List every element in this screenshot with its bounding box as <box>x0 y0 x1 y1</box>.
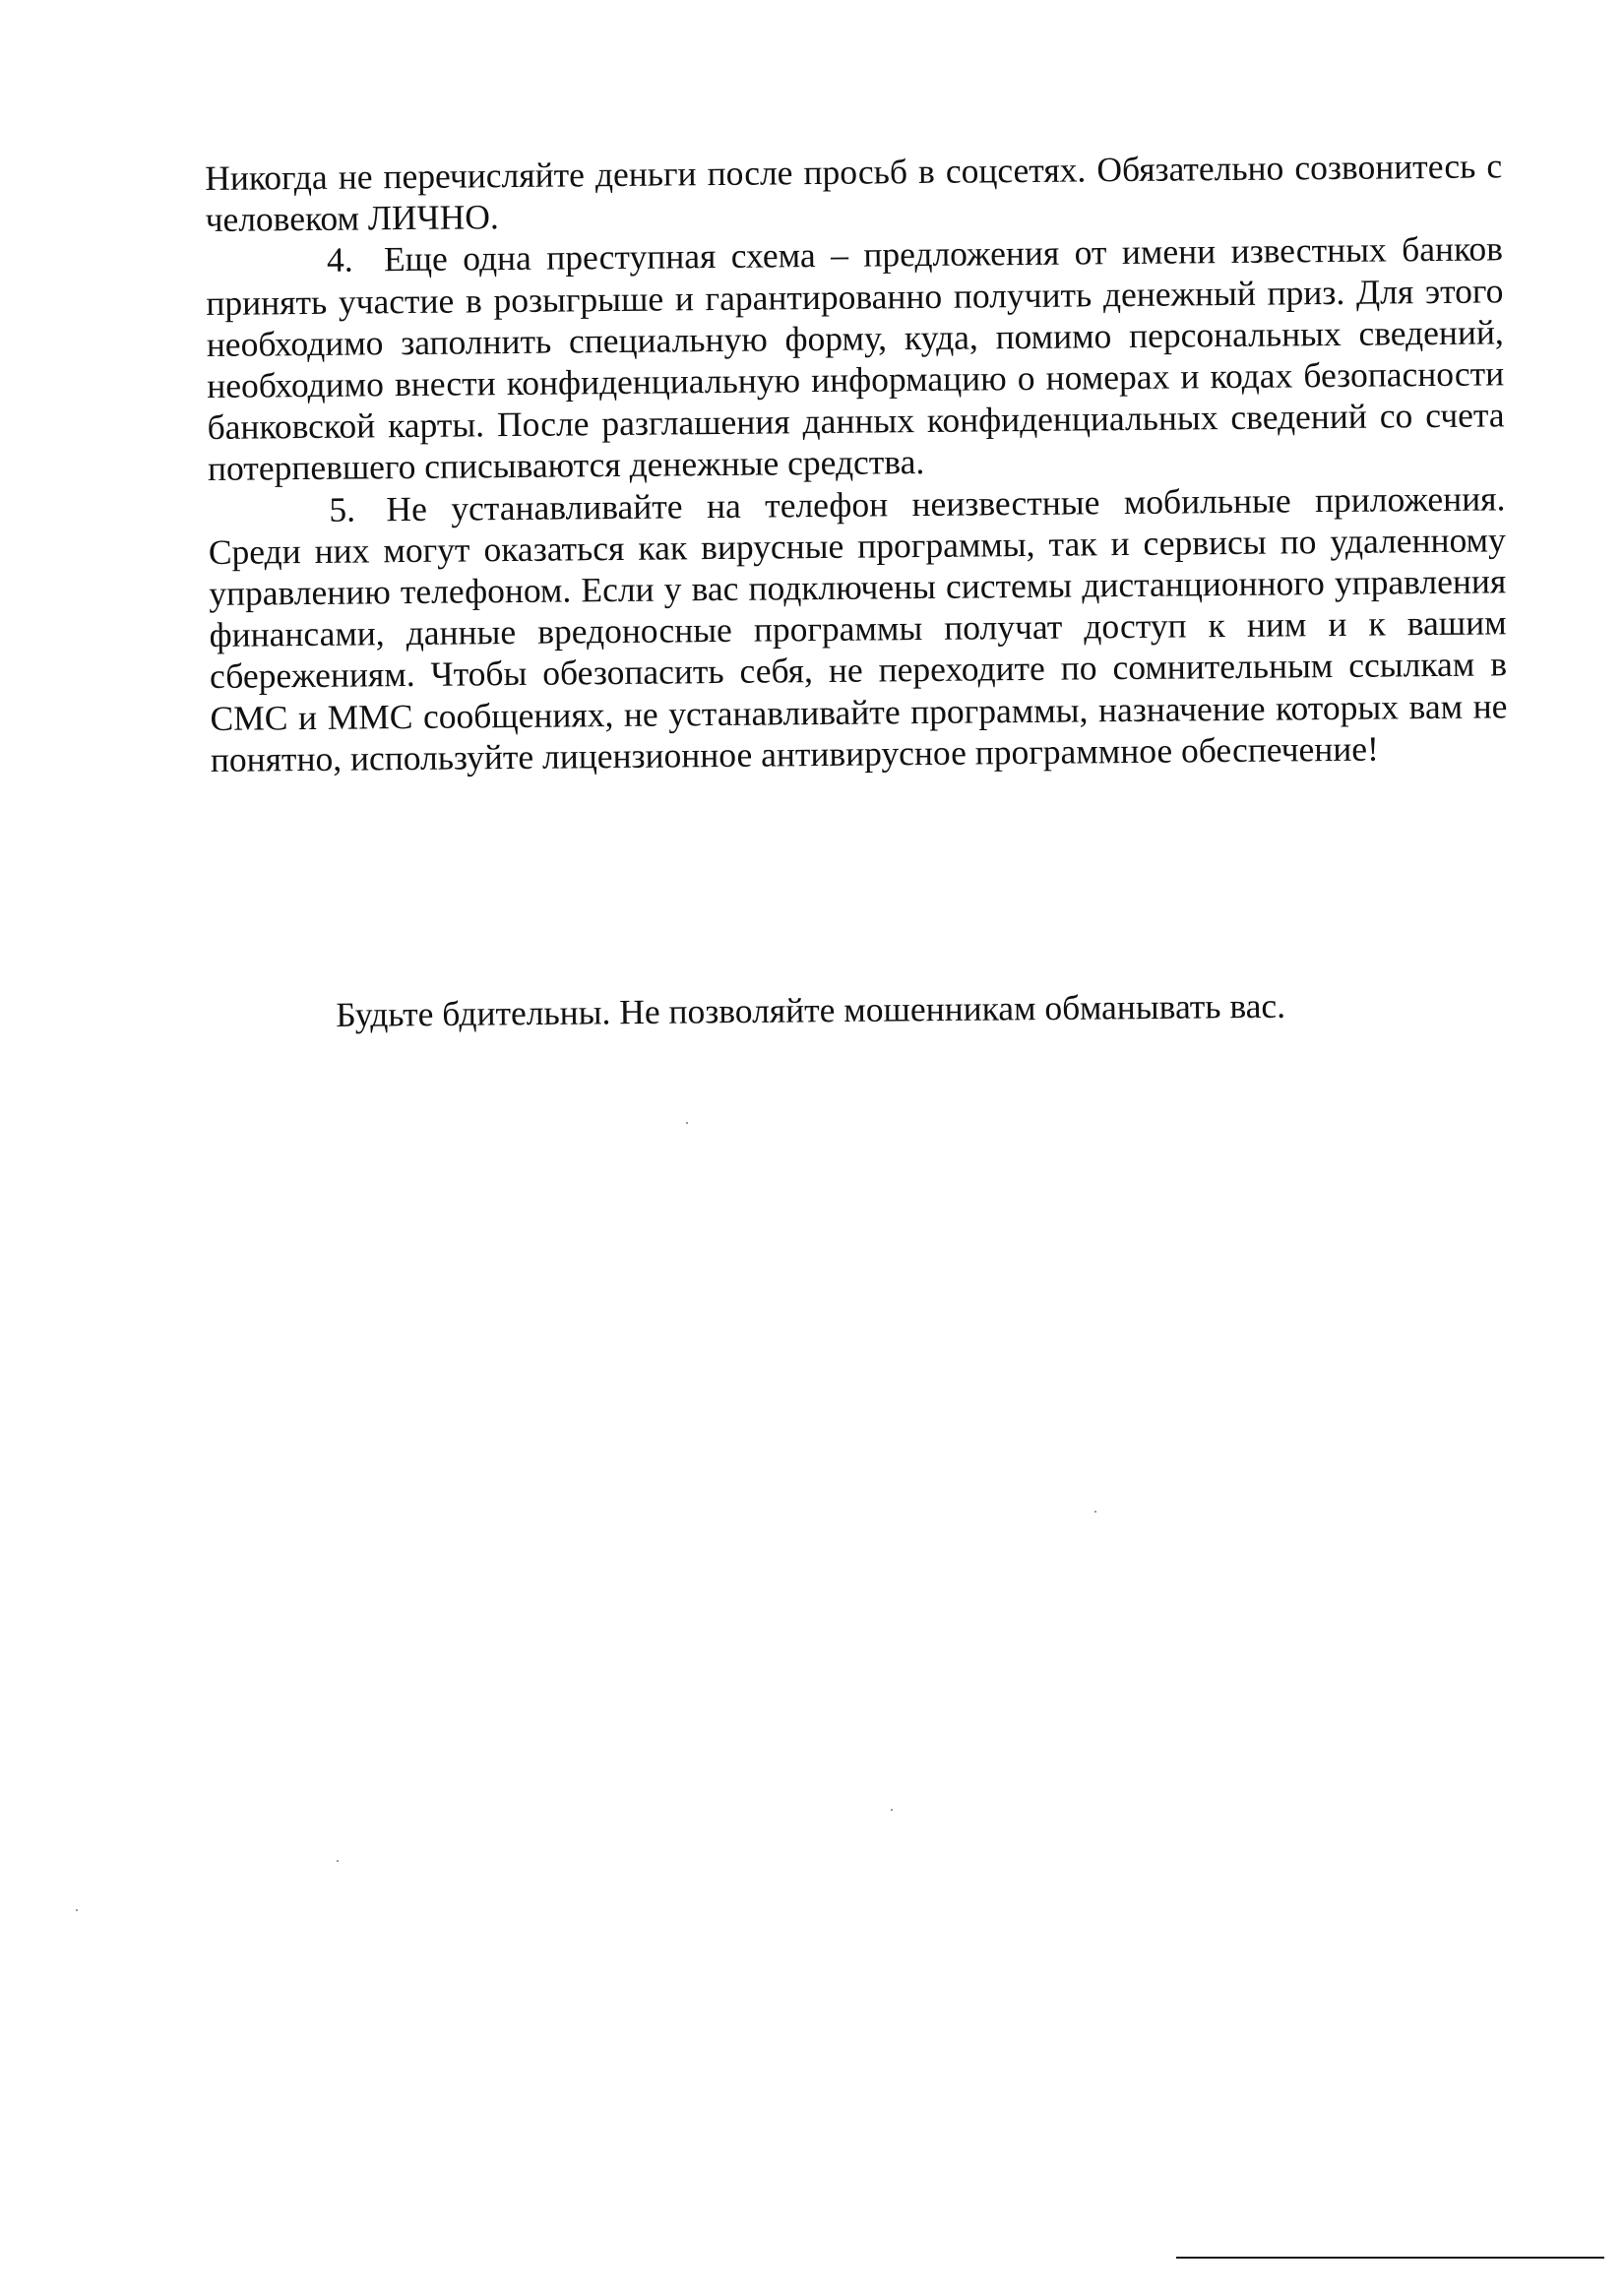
list-number: 5. <box>329 488 386 530</box>
document-body: Никогда не перечисляйте деньги после про… <box>205 145 1508 780</box>
scan-speck <box>1094 1511 1096 1513</box>
document-page: Никогда не перечисляйте деньги после про… <box>0 0 1624 2296</box>
paragraph-item-4: 4.Еще одна преступная схема – предложени… <box>206 228 1505 490</box>
scan-speck <box>891 1809 893 1811</box>
paragraph-text: Еще одна преступная схема – предложения … <box>206 229 1505 489</box>
list-number: 4. <box>327 239 384 281</box>
scan-speck <box>76 1909 78 1911</box>
scan-speck <box>686 1122 688 1124</box>
closing-statement: Будьте бдительны. Не позволяйте мошенник… <box>336 983 1418 1035</box>
paragraph-item-5: 5.Не устанавливайте на телефон неизвестн… <box>208 477 1508 780</box>
footer-rule <box>1176 2257 1604 2259</box>
scan-speck <box>337 1860 339 1862</box>
paragraph-text: Никогда не перечисляйте деньги после про… <box>205 146 1502 239</box>
paragraph-intro: Никогда не перечисляйте деньги после про… <box>205 145 1503 240</box>
paragraph-text: Не устанавливайте на телефон неизвестные… <box>209 478 1508 779</box>
